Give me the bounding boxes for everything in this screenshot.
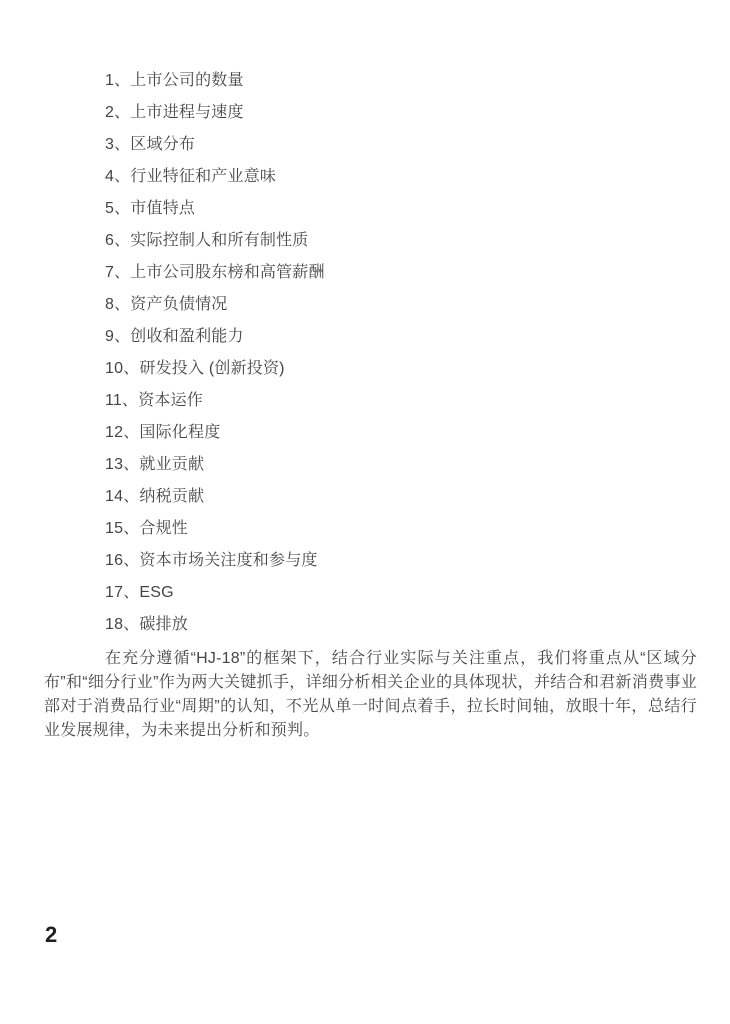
list-item: 12、国际化程度 xyxy=(44,421,697,445)
list-item: 3、区域分布 xyxy=(44,133,697,157)
numbered-list: 1、上市公司的数量 2、上市进程与速度 3、区域分布 4、行业特征和产业意味 5… xyxy=(44,69,697,637)
list-item: 13、就业贡献 xyxy=(44,453,697,477)
list-item: 1、上市公司的数量 xyxy=(44,69,697,93)
list-item: 18、碳排放 xyxy=(44,613,697,637)
body-paragraph: 在充分遵循“HJ-18”的框架下，结合行业实际与关注重点，我们将重点从“区域分布… xyxy=(44,647,697,743)
list-item: 4、行业特征和产业意味 xyxy=(44,165,697,189)
list-item: 10、研发投入 (创新投资) xyxy=(44,357,697,381)
list-item: 16、资本市场关注度和参与度 xyxy=(44,549,697,573)
list-item: 5、市值特点 xyxy=(44,197,697,221)
list-item: 17、ESG xyxy=(44,581,697,605)
list-item: 9、创收和盈利能力 xyxy=(44,325,697,349)
list-item: 7、上市公司股东榜和高管薪酬 xyxy=(44,261,697,285)
document-content: 1、上市公司的数量 2、上市进程与速度 3、区域分布 4、行业特征和产业意味 5… xyxy=(44,69,697,743)
page-number: 2 xyxy=(45,924,57,946)
list-item: 6、实际控制人和所有制性质 xyxy=(44,229,697,253)
list-item: 14、纳税贡献 xyxy=(44,485,697,509)
list-item: 15、合规性 xyxy=(44,517,697,541)
document-page: 1、上市公司的数量 2、上市进程与速度 3、区域分布 4、行业特征和产业意味 5… xyxy=(0,0,730,1024)
list-item: 11、资本运作 xyxy=(44,389,697,413)
list-item: 2、上市进程与速度 xyxy=(44,101,697,125)
list-item: 8、资产负债情况 xyxy=(44,293,697,317)
